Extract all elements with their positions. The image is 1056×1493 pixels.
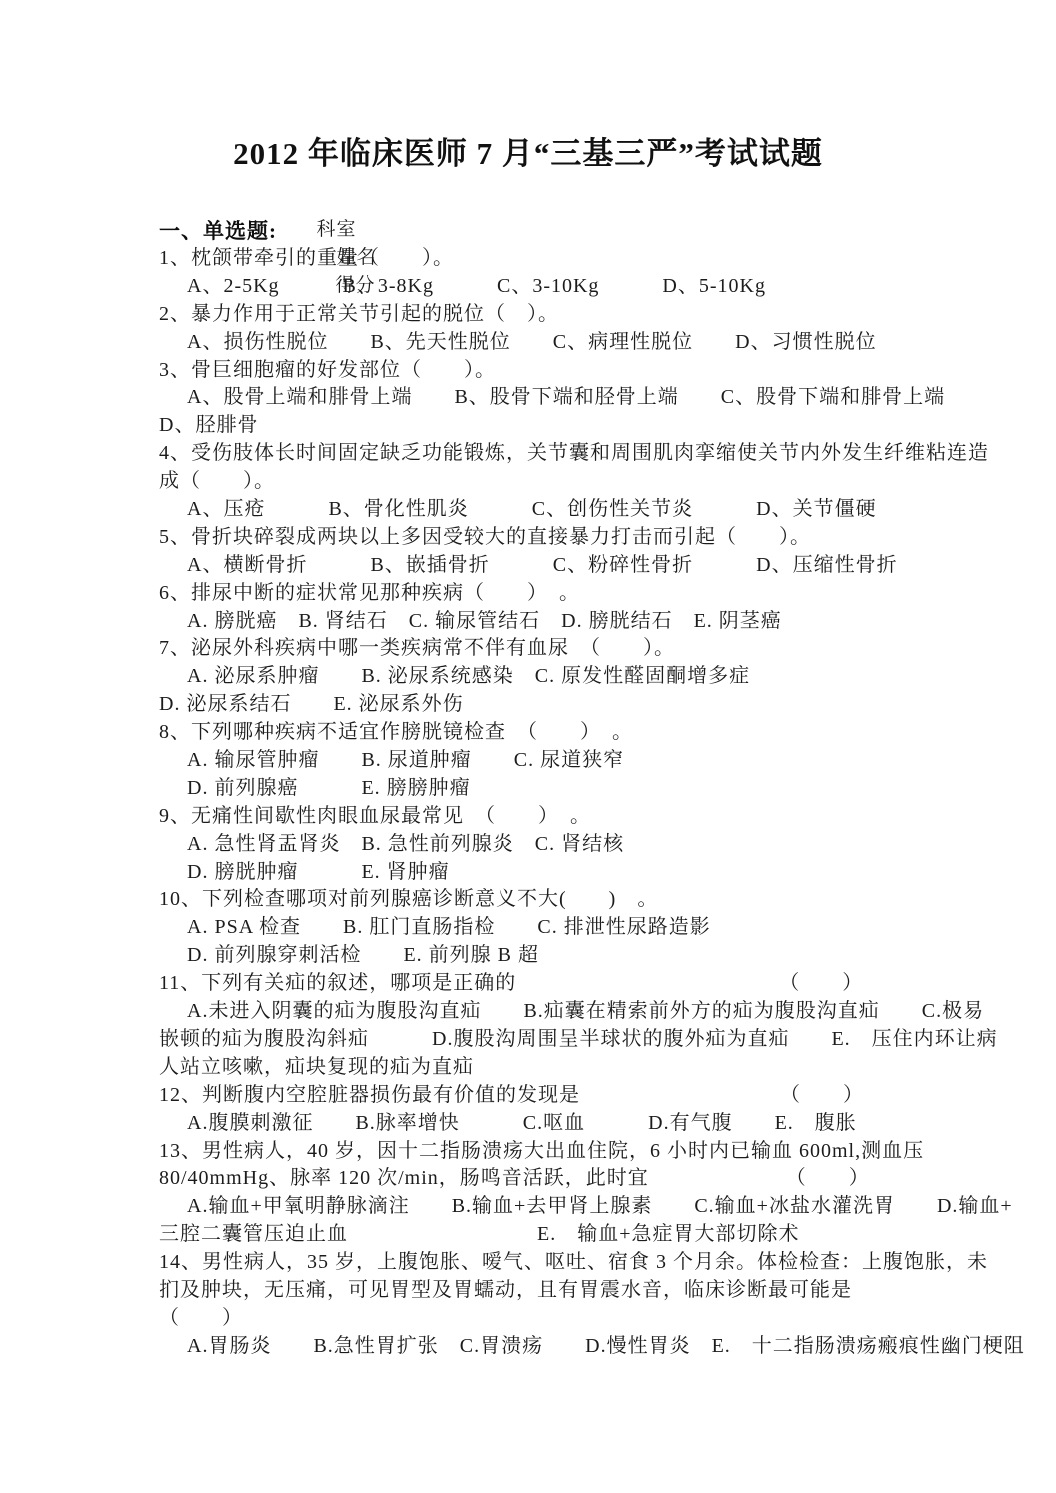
- exam-line: 11、下列有关疝的叙述，哪项是正确的 （ ）: [159, 970, 1026, 998]
- exam-line: 13、男性病人，40 岁，因十二指肠溃疡大出血住院，6 小时内已输血 600ml…: [159, 1138, 1026, 1166]
- exam-line: A. 膀胱癌 B. 肾结石 C. 输尿管结石 D. 膀胱结石 E. 阴茎癌: [159, 608, 1026, 636]
- exam-line: 1、枕颌带牵引的重量（ ）。: [159, 245, 1026, 273]
- exam-line: 4、受伤肢体长时间固定缺乏功能锻炼，关节囊和周围肌肉挛缩使关节内外发生纤维粘连造: [159, 440, 1026, 468]
- department-field-label: 科室: [317, 216, 357, 244]
- exam-line: A、压疮 B、骨化性肌炎 C、创伤性关节炎 D、关节僵硬: [159, 496, 1026, 524]
- exam-line: D. 前列腺癌 E. 膀膀肿瘤: [159, 775, 1026, 803]
- exam-line: 10、下列检查哪项对前列腺癌诊断意义不大( ) 。: [159, 886, 1026, 914]
- exam-line: D、胫腓骨: [159, 412, 1026, 440]
- exam-line: 9、无痛性间歇性肉眼血尿最常见 （ ） 。: [159, 803, 1026, 831]
- exam-line: 12、判断腹内空腔脏器损伤最有价值的发现是 （ ）: [159, 1082, 1026, 1110]
- exam-line: A. 输尿管肿瘤 B. 尿道肿瘤 C. 尿道狭窄: [159, 747, 1026, 775]
- exam-line: A.腹膜刺激征 B.脉率增快 C.呕血 D.有气腹 E. 腹胀: [159, 1110, 1026, 1138]
- exam-line: 3、骨巨细胞瘤的好发部位（ ）。: [159, 357, 1026, 385]
- exam-line: D. 前列腺穿刺活检 E. 前列腺 B 超: [159, 942, 1026, 970]
- exam-line: 8、下列哪种疾病不适宜作膀胱镜检查 （ ） 。: [159, 719, 1026, 747]
- exam-line: 7、泌尿外科疾病中哪一类疾病常不伴有血尿 （ ）。: [159, 635, 1026, 663]
- exam-line: 6、排尿中断的症状常见那种疾病（ ） 。: [159, 580, 1026, 608]
- page-title: 2012 年临床医师 7 月“三基三严”考试试题: [0, 136, 1056, 172]
- exam-document-page: 2012 年临床医师 7 月“三基三严”考试试题 科室 姓名 得分 一、单选题:…: [0, 0, 1056, 1493]
- exam-line: 嵌顿的疝为腹股沟斜疝 D.腹股沟周围呈半球状的腹外疝为直疝 E. 压住内环让病: [159, 1026, 1026, 1054]
- exam-line: 14、男性病人，35 岁，上腹饱胀、嗳气、呕吐、宿食 3 个月余。体检检查：上腹…: [159, 1249, 1026, 1277]
- exam-line: 80/40mmHg、脉率 120 次/min，肠鸣音活跃，此时宜 （ ）: [159, 1165, 1026, 1193]
- exam-line: D. 膀胱肿瘤 E. 肾肿瘤: [159, 859, 1026, 887]
- document-content: 科室 姓名 得分 一、单选题: 1、枕颌带牵引的重量（ ）。A、2-5Kg B、…: [0, 188, 1056, 1361]
- exam-line: A. 急性肾盂肾炎 B. 急性前列腺炎 C. 肾结核: [159, 831, 1026, 859]
- exam-line: A、损伤性脱位 B、先天性脱位 C、病理性脱位 D、习惯性脱位: [159, 329, 1026, 357]
- header-fields-row: 科室 姓名 得分: [159, 188, 1026, 216]
- questions-area: 1、枕颌带牵引的重量（ ）。A、2-5Kg B、3-8Kg C、3-10Kg D…: [159, 245, 1026, 1361]
- exam-line: A、横断骨折 B、嵌插骨折 C、粉碎性骨折 D、压缩性骨折: [159, 552, 1026, 580]
- exam-line: A. PSA 检查 B. 肛门直肠指检 C. 排泄性尿路造影: [159, 914, 1026, 942]
- exam-line: A、2-5Kg B、3-8Kg C、3-10Kg D、5-10Kg: [159, 273, 1026, 301]
- exam-line: A.输血+甲氧明静脉滴注 B.输血+去甲肾上腺素 C.输血+冰盐水灌洗胃 D.输…: [159, 1193, 1026, 1221]
- exam-line: 5、骨折块碎裂成两块以上多因受较大的直接暴力打击而引起（ ）。: [159, 524, 1026, 552]
- exam-line: A、股骨上端和腓骨上端 B、股骨下端和胫骨上端 C、股骨下端和腓骨上端: [159, 384, 1026, 412]
- exam-line: 三腔二囊管压迫止血 E. 输血+急症胃大部切除术: [159, 1221, 1026, 1249]
- exam-line: D. 泌尿系结石 E. 泌尿系外伤: [159, 691, 1026, 719]
- exam-line: 扪及肿块，无压痛，可见胃型及胃蠕动，且有胃震水音，临床诊断最可能是: [159, 1277, 1026, 1305]
- exam-line: A.未进入阴囊的疝为腹股沟直疝 B.疝囊在精索前外方的疝为腹股沟直疝 C.极易: [159, 998, 1026, 1026]
- exam-line: 成（ ）。: [159, 468, 1026, 496]
- exam-line: 2、暴力作用于正常关节引起的脱位（ ）。: [159, 301, 1026, 329]
- exam-line: A.胃肠炎 B.急性胃扩张 C.胃溃疡 D.慢性胃炎 E. 十二指肠溃疡瘢痕性幽…: [159, 1333, 1026, 1361]
- exam-line: 人站立咳嗽，疝块复现的疝为直疝: [159, 1054, 1026, 1082]
- exam-line: A. 泌尿系肿瘤 B. 泌尿系统感染 C. 原发性醛固酮增多症: [159, 663, 1026, 691]
- exam-line: （ ）: [159, 1305, 1026, 1333]
